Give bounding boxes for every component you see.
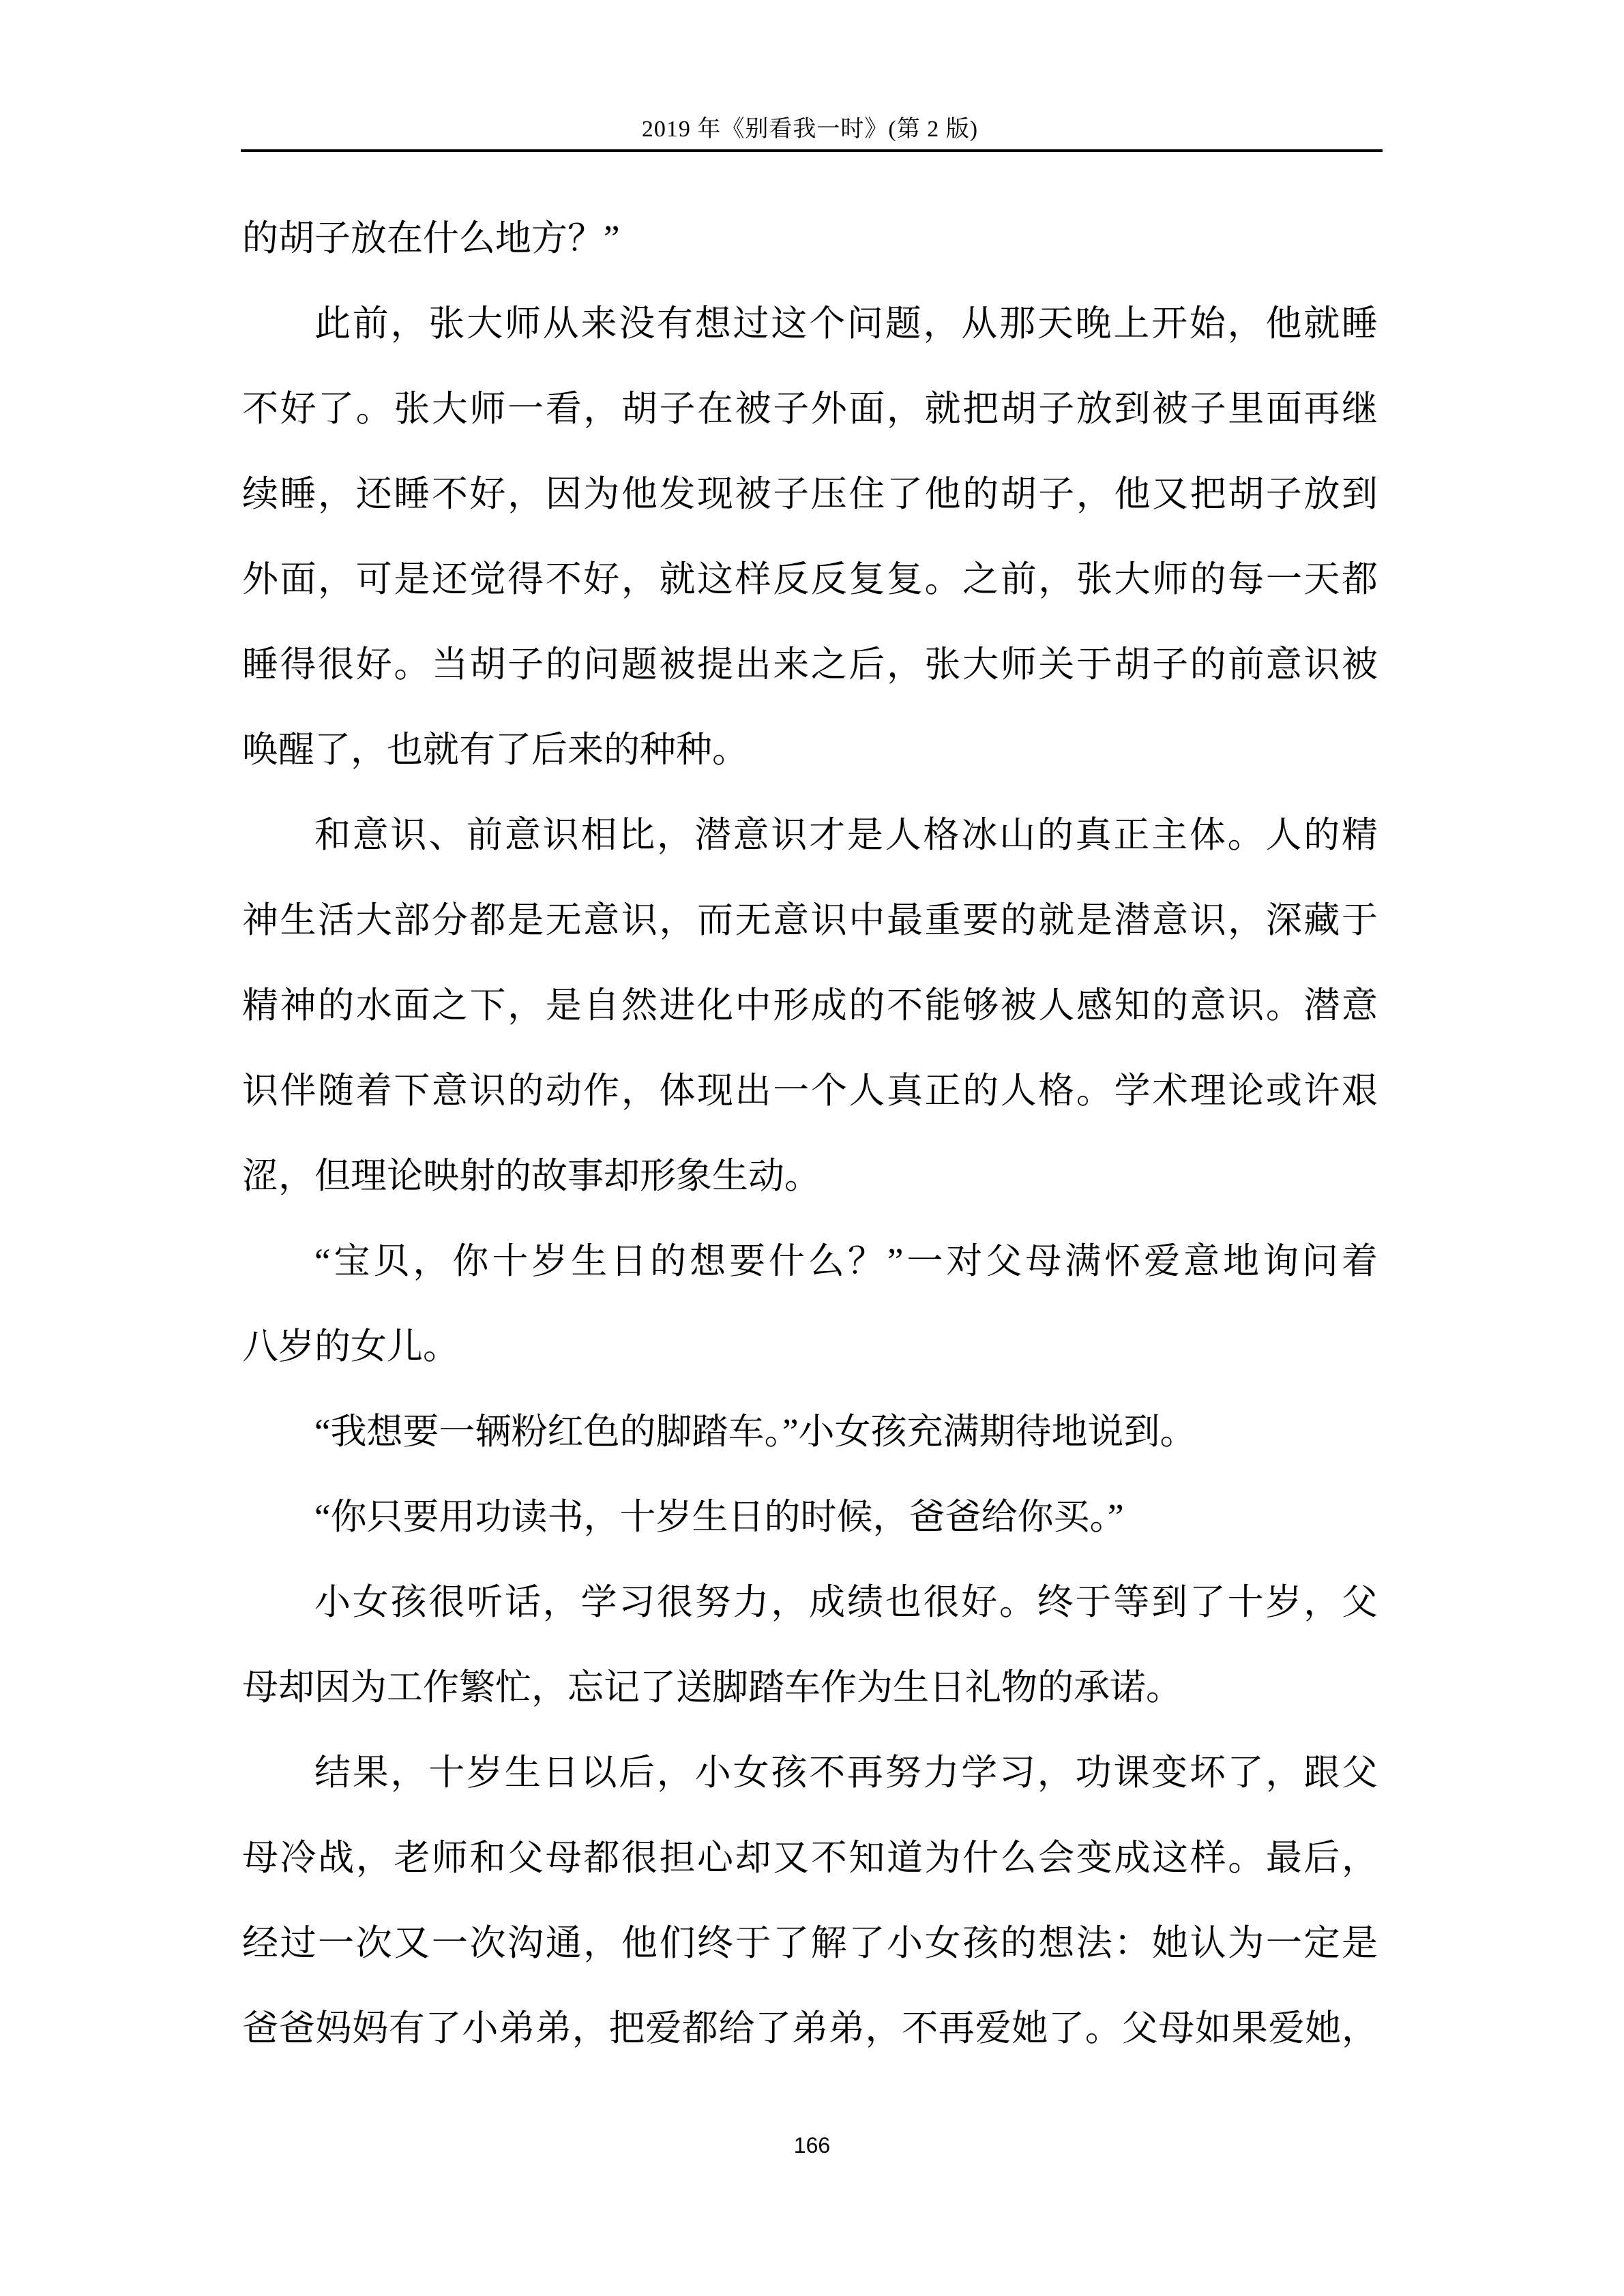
text-line: 的胡子放在什么地方？” xyxy=(242,196,1378,282)
text-line: “宝贝，你十岁生日的想要什么？”一对父母满怀爱意地询问着 xyxy=(242,1219,1378,1304)
text-line: “我想要一辆粉红色的脚踏车。”小女孩充满期待地说到。 xyxy=(242,1390,1378,1475)
text-line: 母冷战，老师和父母都很担心却又不知道为什么会变成这样。最后， xyxy=(242,1816,1378,1901)
text-line: 涩，但理论映射的故事却形象生动。 xyxy=(242,1134,1378,1219)
text-line: 此前，张大师从来没有想过这个问题，从那天晚上开始，他就睡 xyxy=(242,282,1378,367)
text-line: 精神的水面之下，是自然进化中形成的不能够被人感知的意识。潜意 xyxy=(242,964,1378,1049)
document-page: 2019 年《别看我一时》(第 2 版) 的胡子放在什么地方？”此前，张大师从来… xyxy=(0,0,1624,2296)
text-line: 母却因为工作繁忙，忘记了送脚踏车作为生日礼物的承诺。 xyxy=(242,1645,1378,1731)
header-divider xyxy=(241,149,1383,152)
page-header-title: 2019 年《别看我一时》(第 2 版) xyxy=(242,115,1378,145)
text-line: 续睡，还睡不好，因为他发现被子压住了他的胡子，他又把胡子放到 xyxy=(242,452,1378,537)
text-line: 结果，十岁生日以后，小女孩不再努力学习，功课变坏了，跟父 xyxy=(242,1731,1378,1816)
text-line: 小女孩很听话，学习很努力，成绩也很好。终于等到了十岁，父 xyxy=(242,1560,1378,1645)
page-number: 166 xyxy=(0,2130,1624,2160)
text-line: 八岁的女儿。 xyxy=(242,1304,1378,1390)
text-line: 不好了。张大师一看，胡子在被子外面，就把胡子放到被子里面再继 xyxy=(242,367,1378,452)
body-text-block: 的胡子放在什么地方？”此前，张大师从来没有想过这个问题，从那天晚上开始，他就睡不… xyxy=(242,196,1378,2072)
text-line: 神生活大部分都是无意识，而无意识中最重要的就是潜意识，深藏于 xyxy=(242,878,1378,964)
text-line: 外面，可是还觉得不好，就这样反反复复。之前，张大师的每一天都 xyxy=(242,537,1378,623)
text-line: 经过一次又一次沟通，他们终于了解了小女孩的想法：她认为一定是 xyxy=(242,1901,1378,1986)
text-line: 和意识、前意识相比，潜意识才是人格冰山的真正主体。人的精 xyxy=(242,793,1378,878)
text-line: 识伴随着下意识的动作，体现出一个人真正的人格。学术理论或许艰 xyxy=(242,1049,1378,1134)
text-line: 睡得很好。当胡子的问题被提出来之后，张大师关于胡子的前意识被 xyxy=(242,623,1378,708)
text-line: 唤醒了，也就有了后来的种种。 xyxy=(242,708,1378,793)
text-line: 爸爸妈妈有了小弟弟，把爱都给了弟弟，不再爱她了。父母如果爱她， xyxy=(242,1986,1378,2072)
text-line: “你只要用功读书，十岁生日的时候，爸爸给你买。” xyxy=(242,1475,1378,1560)
